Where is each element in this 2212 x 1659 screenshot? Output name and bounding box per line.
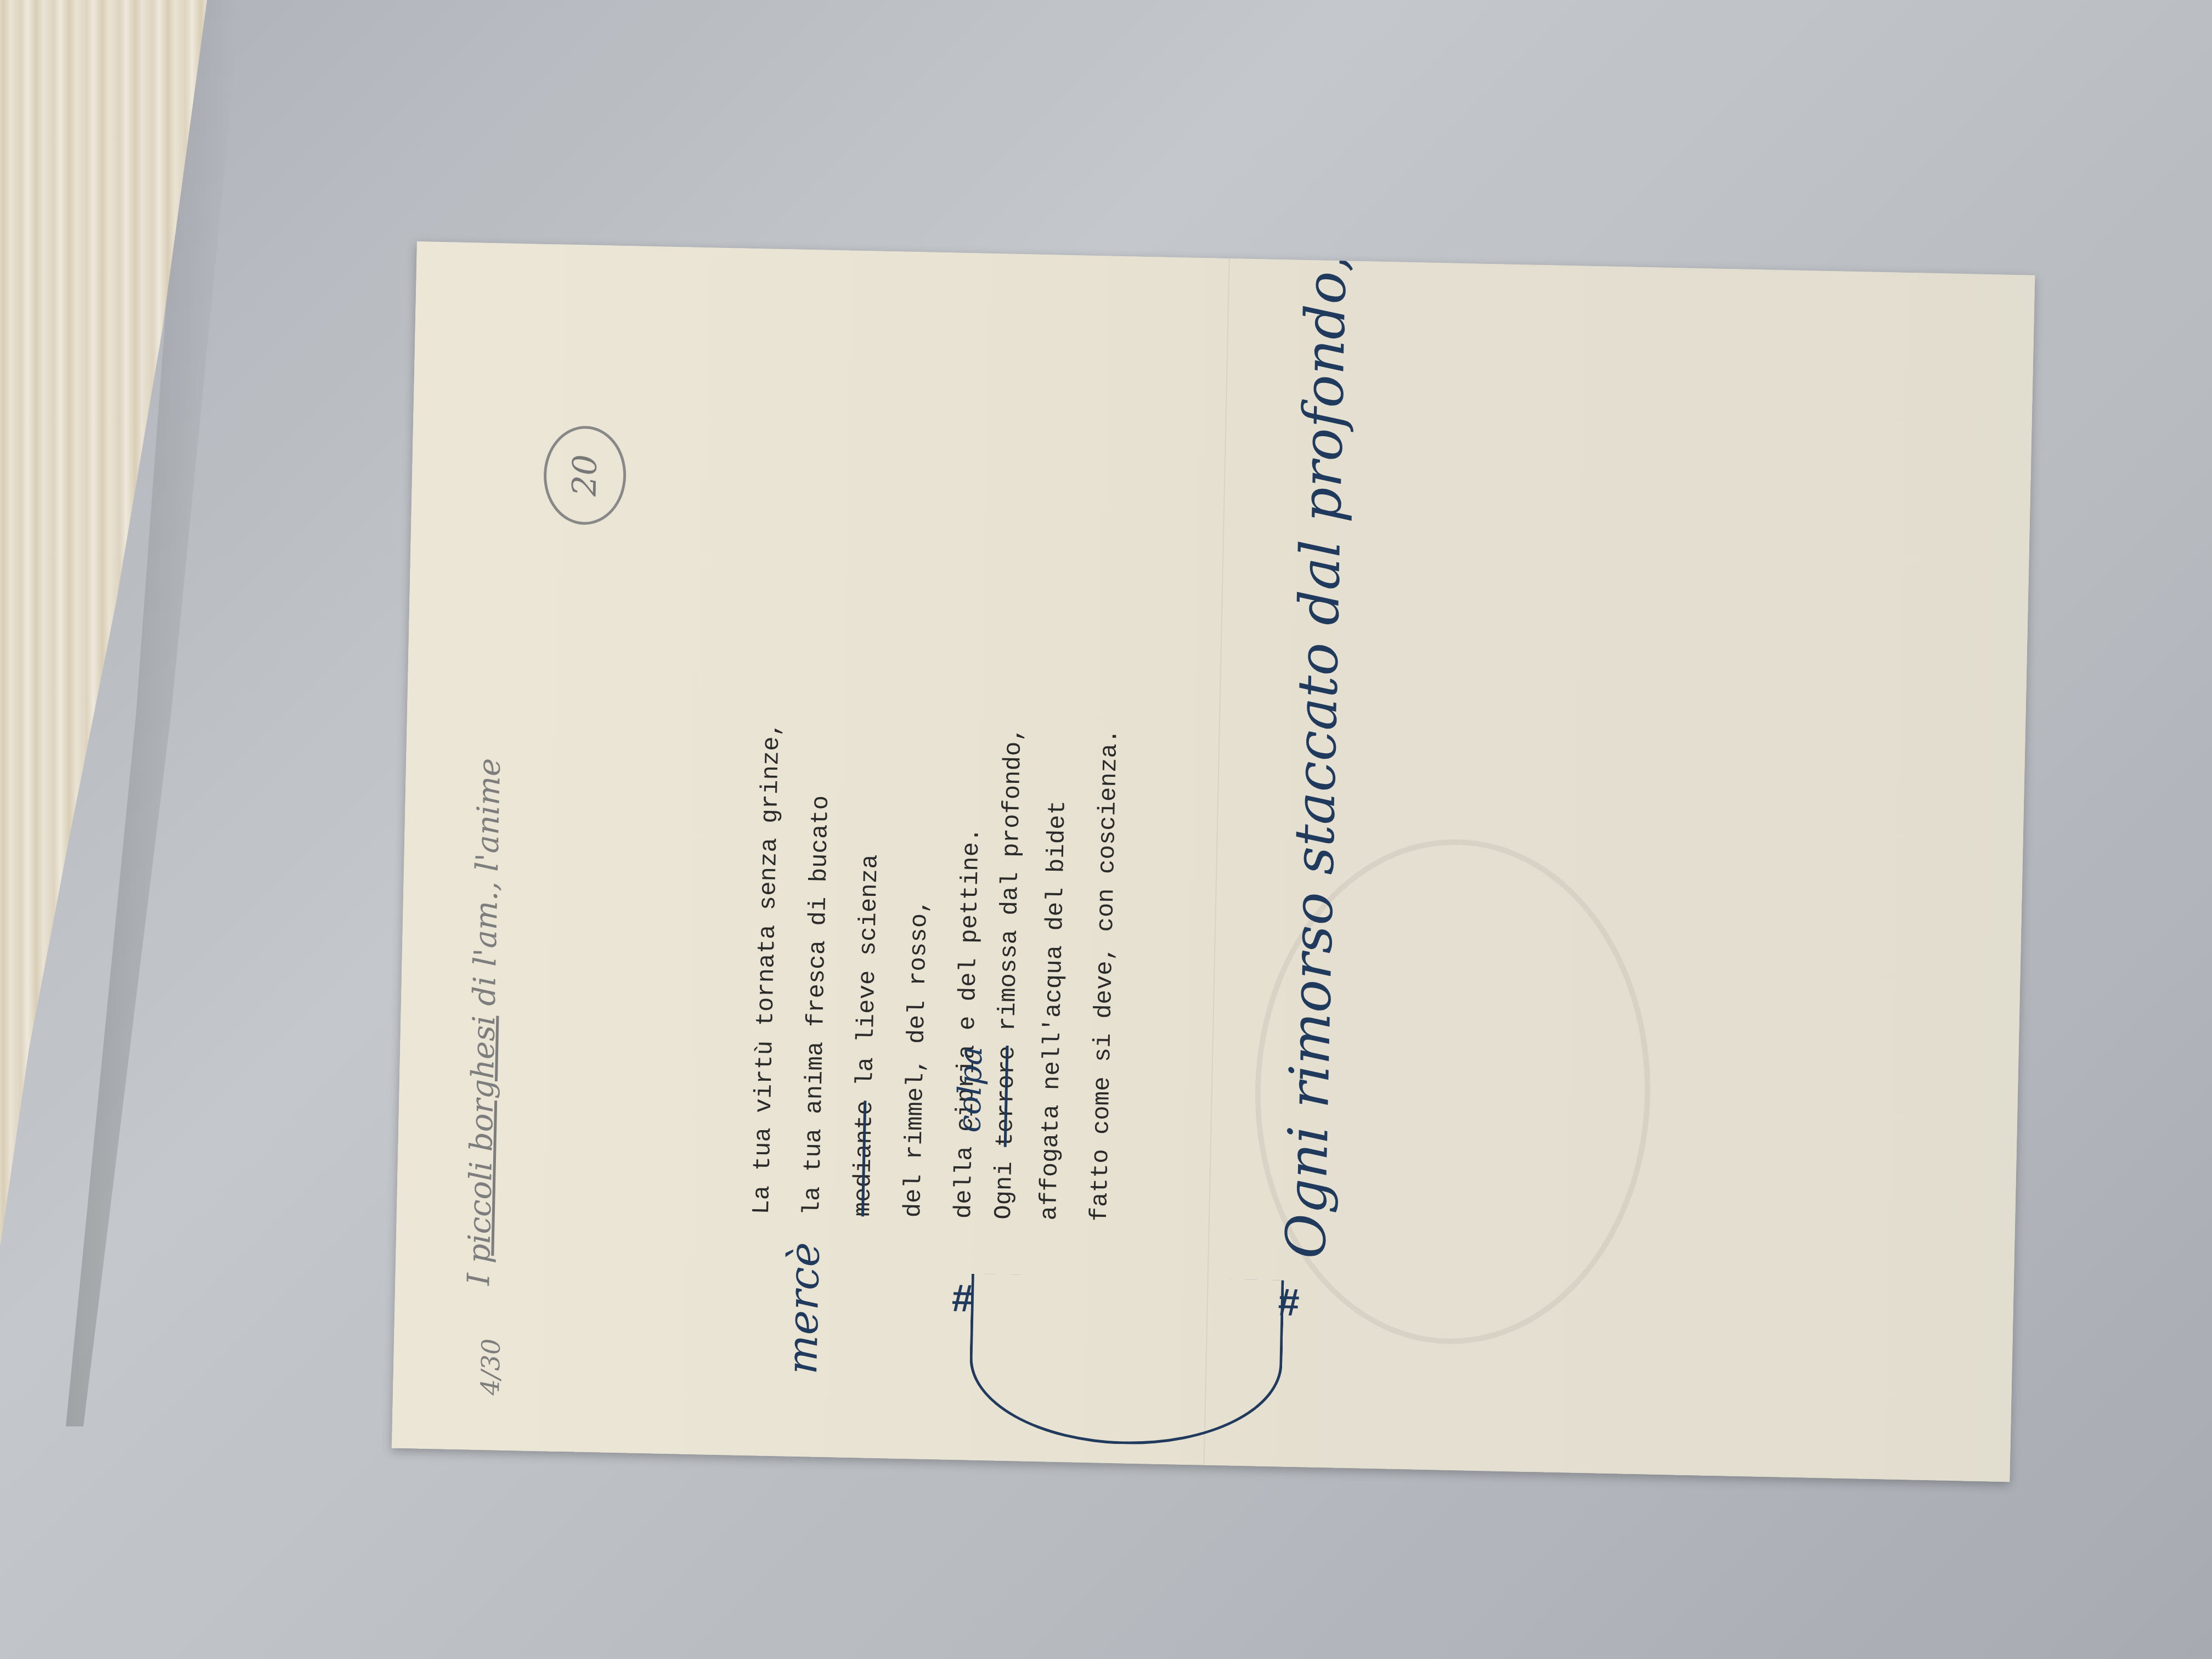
hash-marker-icon: # [1278,1280,1300,1324]
struck-word: terrore [992,1045,1022,1147]
line-text: la lieve scienza [851,854,884,1101]
page-number: 20 [565,454,605,497]
margin-insert-merce: mercè [777,1242,829,1375]
manuscript-sheet: 20 I piccoli borghesi di l'am., l'anime … [392,241,2035,1482]
pencil-note-underlined: piccoli borghesi [461,1015,502,1263]
line-text: rimossa dal profondo, [994,727,1028,1046]
pencil-note-suffix: di l'am., l'anime [467,758,507,1006]
line-prefix: Ogni [990,1147,1019,1220]
poem-line-8: fatto come si deve, con coscienza. [1075,729,1136,1222]
pencil-margin-date: 4/30 [475,1338,506,1395]
connector-arc [968,1274,1284,1448]
struck-word: mediante [849,1101,879,1217]
typed-poem: La tua virtù tornata senza grinze, la tu… [737,721,1136,1222]
circled-page-number: 20 [543,425,627,526]
pencil-title-note: I piccoli borghesi di l'am., l'anime [461,758,507,1285]
pencil-note-prefix: I [461,1273,496,1285]
